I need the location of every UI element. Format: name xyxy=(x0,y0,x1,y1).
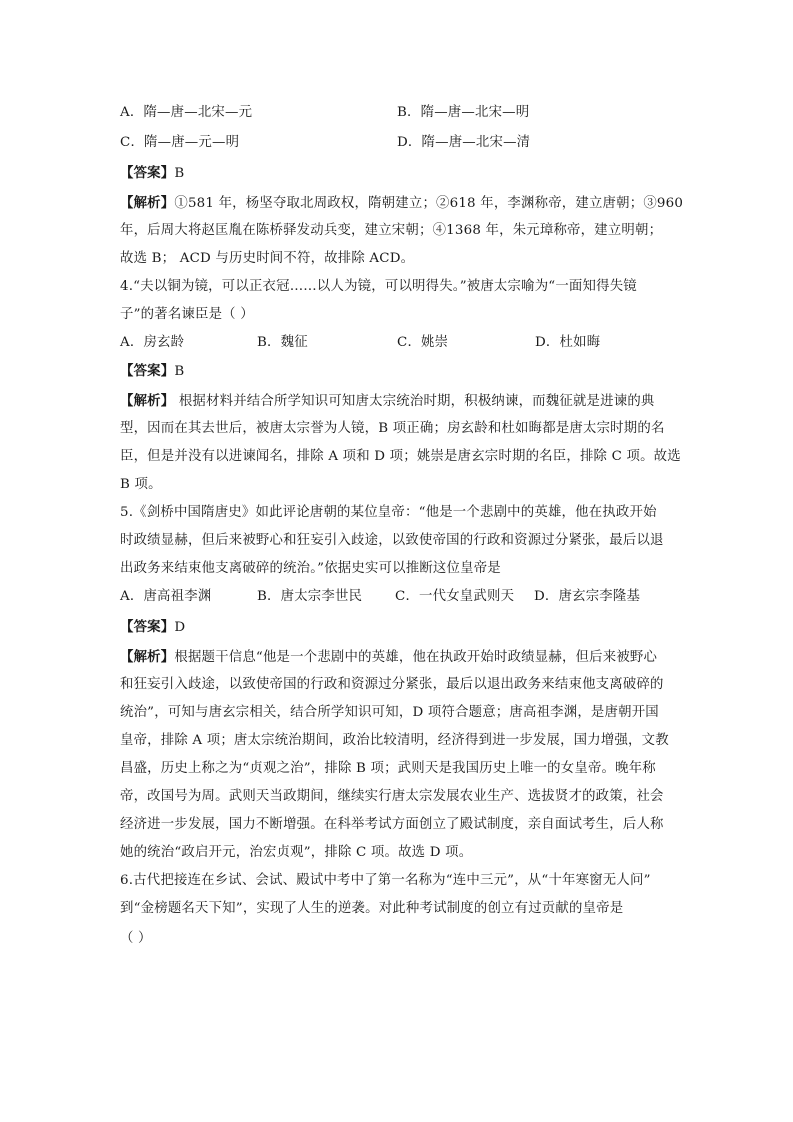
q5-stem-line-1: 5.《剑桥中国隋唐史》如此评论唐朝的某位皇帝：“他是一个悲剧中的英雄，他在执政开… xyxy=(120,500,657,526)
q4-analysis-line-4: B 项。 xyxy=(120,472,162,498)
q5-stem-line-3: 出政务来结束他支离破碎的统治。”依据史实可以推断这位皇帝是 xyxy=(120,556,501,582)
q5-option-c: C．一代女皇武则天 xyxy=(395,584,514,610)
q5-options-row: A．唐高祖李渊 B．唐太宗李世民 C．一代女皇武则天 D．唐玄宗李隆基 xyxy=(120,584,676,610)
q4-option-c: C．姚崇 xyxy=(397,330,448,356)
q6-stem-line-1: 6.古代把接连在乡试、会试、殿试中考中了第一名称为“连中三元”，从“十年寒窗无人… xyxy=(120,868,651,894)
q5-option-b: B．唐太宗李世民 xyxy=(257,584,362,610)
q5-analysis-line-2: 和狂妄引入歧途，以致使帝国的行政和资源过分紧张，最后以退出政务来结束他支离破碎的 xyxy=(120,672,664,698)
q5-option-a: A．唐高祖李渊 xyxy=(120,584,211,610)
q4-analysis-line-2: 型，因而在其去世后，被唐太宗誉为人镜，B 项正确；房玄龄和杜如晦都是唐太宗时期的… xyxy=(120,416,665,442)
q6-stem-line-2: 到“金榜题名天下知”，实现了人生的逆袭。对此种考试制度的创立有过贡献的皇帝是 xyxy=(120,896,623,922)
q3-option-c: C．隋—唐—元—明 xyxy=(120,130,239,156)
q3-analysis-line-3: 故选 B； ACD 与历史时间不符，故排除 ACD。 xyxy=(120,246,414,272)
q5-analysis-line-6: 帝，改国号为周。武则天当政期间，继续实行唐太宗发展农业生产、选拔贤才的政策，社会 xyxy=(120,784,664,810)
q3-option-b: B．隋—唐—北宋—明 xyxy=(397,100,529,126)
q5-analysis-line-1: 【解析】根据题干信息“他是一个悲剧中的英雄，他在执政开始时政绩显赫，但后来被野心 xyxy=(120,644,657,670)
answer-tag: 【答案】 xyxy=(120,619,174,635)
q5-option-d: D．唐玄宗李隆基 xyxy=(534,584,640,610)
q5-analysis-line-5: 昌盛，历史上称之为“贞观之治”，排除 B 项；武则天是我国历史上唯一的女皇帝。晚… xyxy=(120,756,656,782)
q5-analysis-line-3: 统治”，可知与唐玄宗相关，结合所学知识可知，D 项符合题意；唐高祖李渊，是唐朝开… xyxy=(120,700,659,726)
q4-options-row: A．房玄龄 B．魏征 C．姚崇 D．杜如晦 xyxy=(120,330,676,356)
q4-answer: 【答案】B xyxy=(120,358,184,384)
analysis-text: ①581 年，杨坚夺取北周政权，隋朝建立；②618 年，李渊称帝，建立唐朝；③9… xyxy=(174,196,683,211)
answer-tag: 【答案】 xyxy=(120,363,174,379)
q4-stem-line-1: 4.“夫以铜为镜，可以正衣冠……以人为镜，可以明得失。”被唐太宗喻为“一面知得失… xyxy=(120,274,637,300)
q3-option-d: D．隋—唐—北宋—清 xyxy=(397,130,530,156)
analysis-text: 根据题干信息“他是一个悲剧中的英雄，他在执政开始时政绩显赫，但后来被野心 xyxy=(174,650,657,665)
q5-analysis-line-8: 她的统治“政启开元，治宏贞观”，排除 C 项。故选 D 项。 xyxy=(120,840,472,866)
q5-analysis-line-7: 经济进一步发展，国力不断增强。在科举考试方面创立了殿试制度，亲自面试考生，后人称 xyxy=(120,812,664,838)
q4-option-a: A．房玄龄 xyxy=(120,330,184,356)
q4-analysis-line-3: 臣，但是并没有以进谏闻名，排除 A 项和 D 项；姚崇是唐玄宗时期的名臣，排除 … xyxy=(120,444,681,470)
analysis-tag: 【解析】 xyxy=(120,195,174,211)
answer-value: B xyxy=(174,166,184,181)
answer-value: D xyxy=(174,620,185,635)
q6-answer-blank: （ ） xyxy=(120,926,152,952)
analysis-text: 根据材料并结合所学知识可知唐太宗统治时期，积极纳谏，而魏征就是进谏的典 xyxy=(174,394,654,409)
q5-analysis-line-4: 皇帝，排除 A 项；唐太宗统治期间，政治比较清明，经济得到进一步发展，国力增强，… xyxy=(120,728,669,754)
analysis-tag: 【解析】 xyxy=(120,393,174,409)
q3-options-row-2: C．隋—唐—元—明 D．隋—唐—北宋—清 xyxy=(120,130,676,156)
q5-stem-line-2: 时政绩显赫，但后来被野心和狂妄引入歧途，以致使帝国的行政和资源过分紧张，最后以退 xyxy=(120,528,664,554)
q3-analysis-line-1: 【解析】①581 年，杨坚夺取北周政权，隋朝建立；②618 年，李渊称帝，建立唐… xyxy=(120,190,683,216)
q3-analysis-line-2: 年，后周大将赵匡胤在陈桥驿发动兵变，建立宋朝；④1368 年，朱元璋称帝，建立明… xyxy=(120,218,662,244)
q4-option-b: B．魏征 xyxy=(257,330,308,356)
q3-option-a: A．隋—唐—北宋—元 xyxy=(120,100,252,126)
q4-option-d: D．杜如晦 xyxy=(535,330,600,356)
q4-analysis-line-1: 【解析】 根据材料并结合所学知识可知唐太宗统治时期，积极纳谏，而魏征就是进谏的典 xyxy=(120,388,655,414)
q3-answer: 【答案】B xyxy=(120,160,184,186)
answer-tag: 【答案】 xyxy=(120,165,174,181)
answer-value: B xyxy=(174,364,184,379)
analysis-tag: 【解析】 xyxy=(120,649,174,665)
q4-stem-line-2: 子”的著名谏臣是（ ） xyxy=(120,302,254,328)
q5-answer: 【答案】D xyxy=(120,614,185,640)
q3-options-row-1: A．隋—唐—北宋—元 B．隋—唐—北宋—明 xyxy=(120,100,676,126)
